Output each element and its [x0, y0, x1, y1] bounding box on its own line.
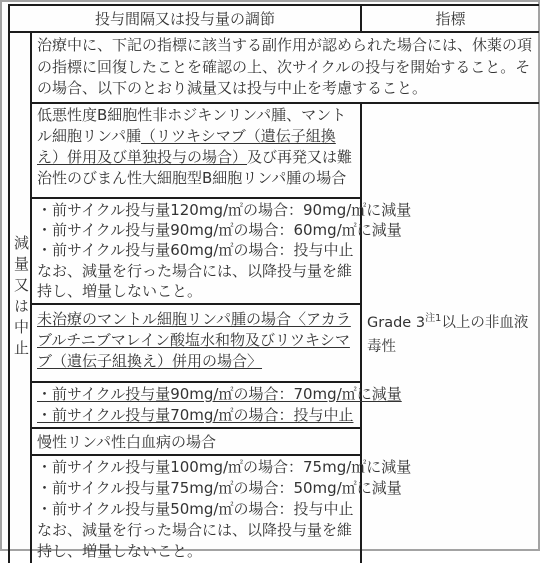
indicator-text-prefix: Grade 3 — [367, 315, 425, 331]
table-header-row: 投与間隔又は投与量の調節 指標 — [9, 5, 539, 32]
dose-note: なお、減量を行った場合には、以降投与量を維持し、増量しないこと。 — [37, 520, 357, 562]
indolent-lymphoma-cell: 低悪性度B細胞性非ホジキンリンパ腫、マントル細胞リンパ腫（リツキシマブ（遺伝子組… — [31, 103, 361, 198]
dose-line: ・前サイクル投与量100mg/㎡の場合：75mg/㎡に減量 — [37, 457, 357, 478]
untreated-mcl-cell: 未治療のマントル細胞リンパ腫の場合〈アカラブルチニブマレイン酸塩水和物及びリツキ… — [31, 304, 361, 382]
dose-line: ・前サイクル投与量60mg/㎡の場合：投与中止 — [37, 240, 357, 260]
dose-line: ・前サイクル投与量90mg/㎡の場合：70mg/㎡に減量 — [37, 384, 357, 405]
dose-line: ・前サイクル投与量90mg/㎡の場合：60mg/㎡に減量 — [37, 220, 357, 240]
dose-line: ・前サイクル投与量50mg/㎡の場合：投与中止 — [37, 499, 357, 520]
side-label-cell: 減量又は中止 — [9, 32, 31, 563]
intro-cell: 治療中に、下記の指標に該当する副作用が認められた場合には、休薬の項の指標に回復し… — [31, 32, 539, 103]
untreated-mcl-dose-cell: ・前サイクル投与量90mg/㎡の場合：70mg/㎡に減量 ・前サイクル投与量70… — [31, 382, 361, 428]
side-label: 減量又は中止 — [10, 235, 32, 361]
table-row: 低悪性度B細胞性非ホジキンリンパ腫、マントル細胞リンパ腫（リツキシマブ（遺伝子組… — [9, 103, 539, 198]
indolent-dose-cell: ・前サイクル投与量120mg/㎡の場合：90mg/㎡に減量 ・前サイクル投与量9… — [31, 198, 361, 304]
dose-line: ・前サイクル投与量70mg/㎡の場合：投与中止 — [37, 405, 357, 426]
dose-line: ・前サイクル投与量120mg/㎡の場合：90mg/㎡に減量 — [37, 200, 357, 220]
dose-line: ・前サイクル投与量75mg/㎡の場合：50mg/㎡に減量 — [37, 478, 357, 499]
dose-adjustment-table: 投与間隔又は投与量の調節 指標 減量又は中止 治療中に、下記の指標に該当する副作… — [8, 4, 539, 563]
header-adjustment: 投与間隔又は投与量の調節 — [9, 5, 361, 32]
cll-dose-cell: ・前サイクル投与量100mg/㎡の場合：75mg/㎡に減量 ・前サイクル投与量7… — [31, 455, 361, 563]
footnote-ref: 注1 — [425, 313, 441, 324]
dose-note: なお、減量を行った場合には、以降投与量を維持し、増量しないこと。 — [37, 261, 357, 302]
header-indicator: 指標 — [361, 5, 539, 32]
table-frame: 投与間隔又は投与量の調節 指標 減量又は中止 治療中に、下記の指標に該当する副作… — [0, 0, 540, 551]
untreated-mcl-text: 未治療のマントル細胞リンパ腫の場合〈アカラブルチニブマレイン酸塩水和物及びリツキ… — [37, 310, 351, 370]
table-row: 減量又は中止 治療中に、下記の指標に該当する副作用が認められた場合には、休薬の項… — [9, 32, 539, 103]
cll-cell: 慢性リンパ性白血病の場合 — [31, 428, 361, 455]
